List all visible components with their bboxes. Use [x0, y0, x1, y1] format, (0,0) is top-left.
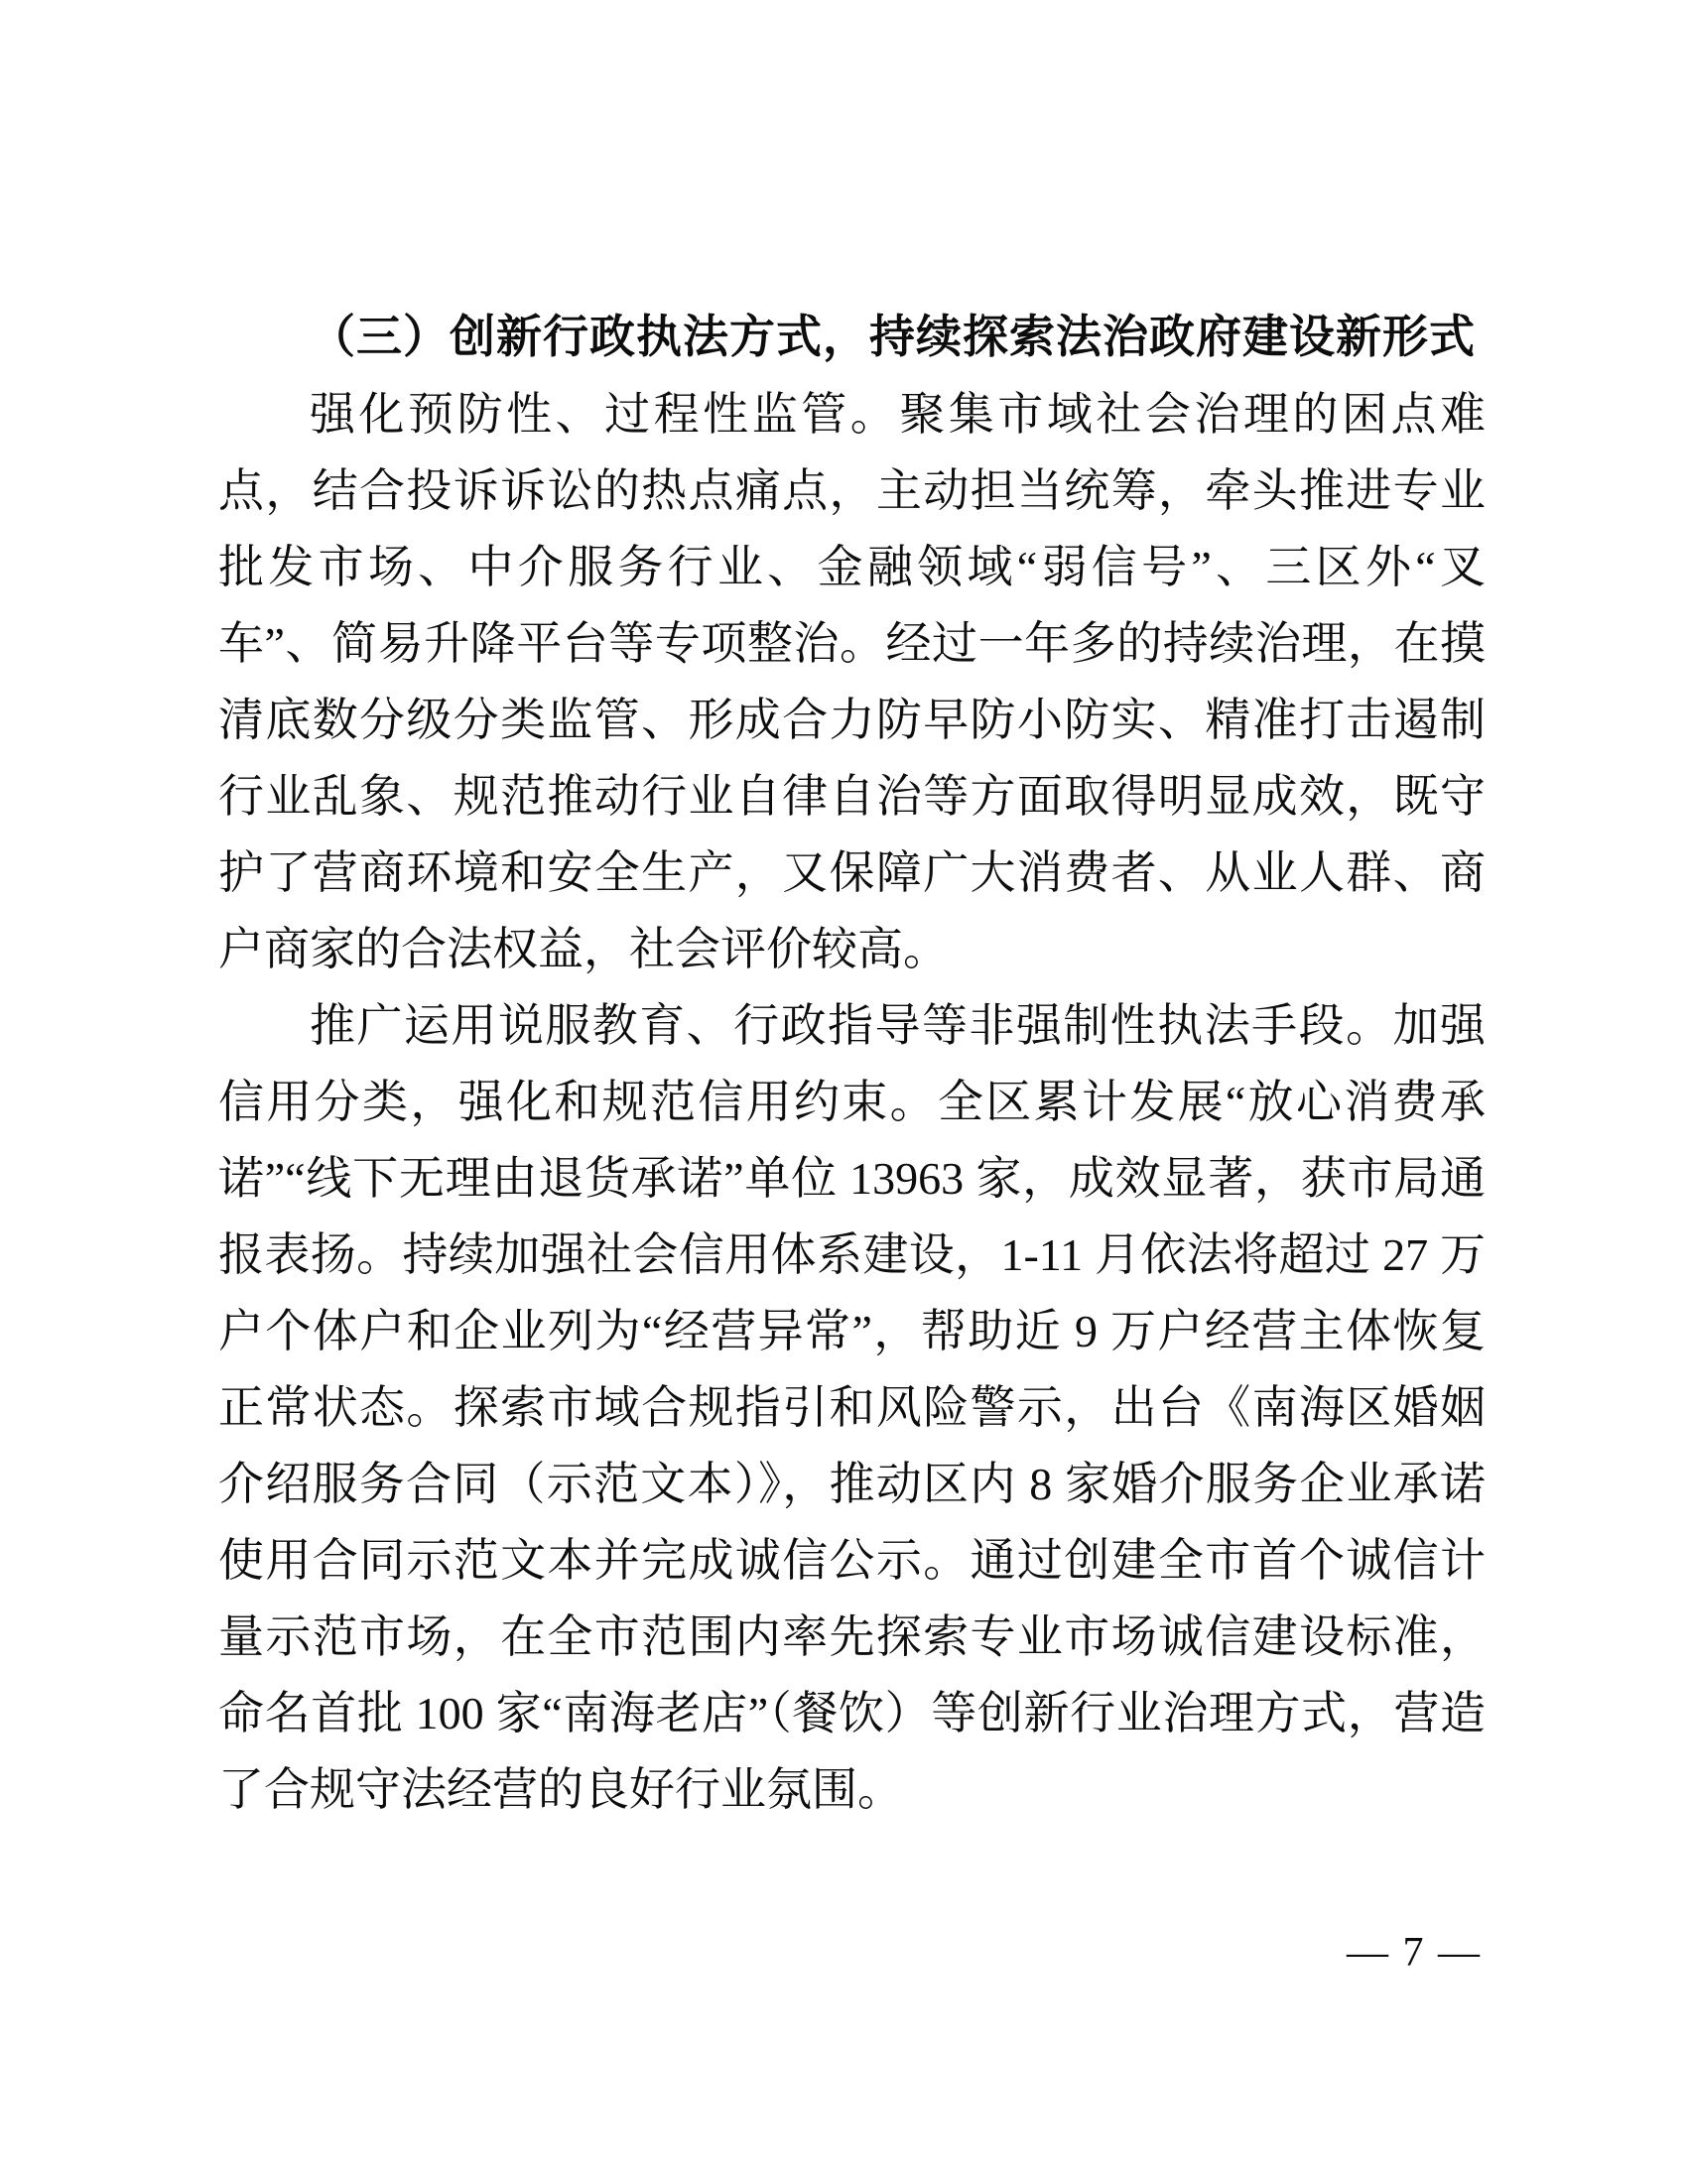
- section-heading: （三）创新行政执法方式，持续探索法治政府建设新形式: [218, 298, 1486, 376]
- page-number: — 7 —: [1330, 1923, 1498, 1983]
- paragraph-regulation: 强化预防性、过程性监管。聚集市域社会治理的困点难点，结合投诉诉讼的热点痛点，主动…: [218, 376, 1486, 987]
- document-page: （三）创新行政执法方式，持续探索法治政府建设新形式 强化预防性、过程性监管。聚集…: [0, 0, 1688, 2184]
- text-block: （三）创新行政执法方式，持续探索法治政府建设新形式 强化预防性、过程性监管。聚集…: [218, 298, 1486, 1828]
- paragraph-credit-system: 推广运用说服教育、行政指导等非强制性执法手段。加强信用分类，强化和规范信用约束。…: [218, 987, 1486, 1828]
